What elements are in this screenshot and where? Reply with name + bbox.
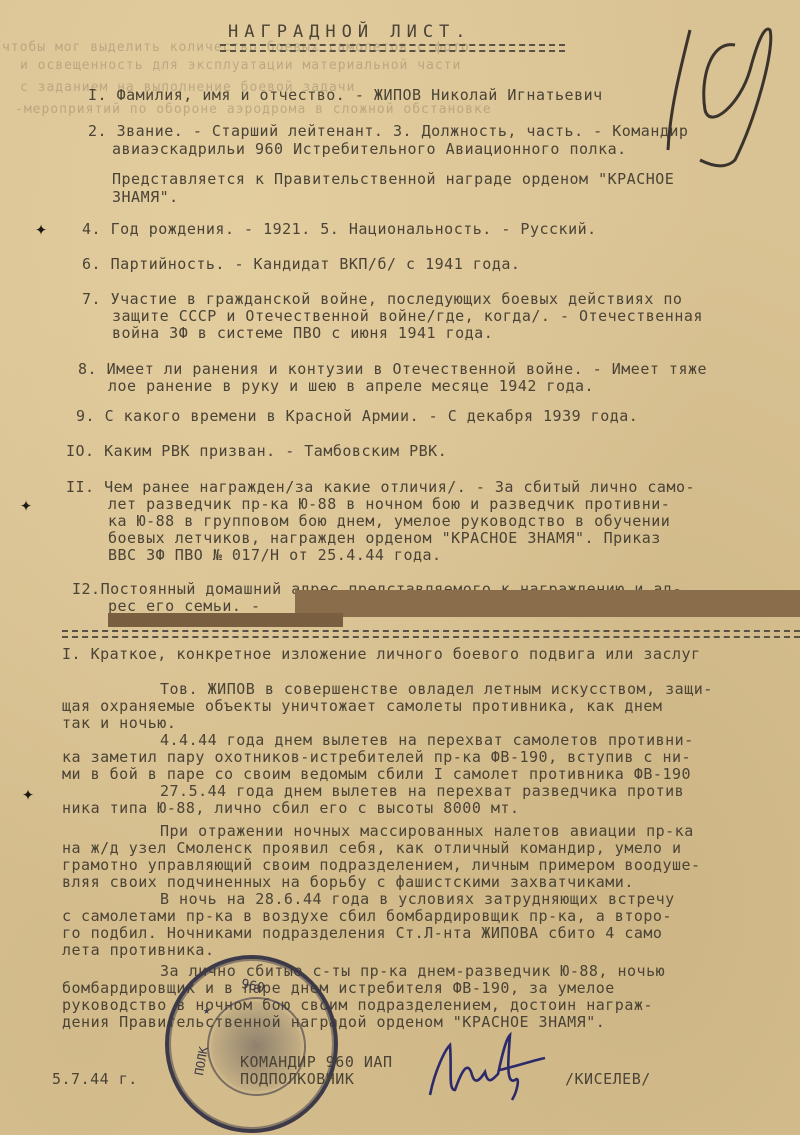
- narrative-line: бомбардировщик и в паре днем истребителя…: [62, 979, 615, 997]
- field-9-service-since: 9. С какого времени в Красной Армии. - С…: [76, 407, 638, 425]
- field-7-cont-1: защите СССР и Отечественной войне/где, к…: [112, 307, 703, 325]
- section-divider: [62, 630, 800, 638]
- field-8-cont: лое ранение в руку и шею в апреле месяце…: [108, 377, 594, 395]
- hole-punch-mark-icon: ✦: [22, 785, 38, 801]
- hole-punch-mark-icon: ✦: [35, 220, 51, 236]
- signatory-rank: ПОДПОЛКОВНИК: [240, 1070, 354, 1088]
- field-11-cont-1: лет разведчик пр-ка Ю-88 в ночном бою и …: [108, 495, 670, 513]
- field-11-cont-2: ка Ю-88 в групповом бою днем, умелое рук…: [108, 512, 670, 530]
- signatory-name: /КИСЕЛЕВ/: [565, 1070, 651, 1088]
- field-11-cont-4: ВВС ЗФ ПВО № 017/Н от 25.4.44 года.: [108, 546, 442, 564]
- award-nomination: Представляется к Правительственной награ…: [112, 170, 674, 188]
- document-page: чтобы мог выделить количество боевых сам…: [0, 0, 800, 1135]
- narrative-line: го подбил. Ночниками подразделения Ст.Л-…: [62, 924, 662, 942]
- redacted-address: [295, 590, 800, 617]
- field-4-birth-year: 4. Год рождения. - 1921. 5. Национальнос…: [82, 220, 597, 238]
- narrative-line: 4.4.44 года днем вылетев на перехват сам…: [160, 731, 694, 749]
- narrative-line: Тов. ЖИПОВ в совершенстве овладел летным…: [160, 680, 713, 698]
- handwritten-signature: [420, 1030, 550, 1110]
- field-11-prior-awards: II. Чем ранее награжден/за какие отличия…: [66, 478, 695, 496]
- signature-date: 5.7.44 г.: [52, 1070, 138, 1088]
- field-7-participation: 7. Участие в гражданской войне, последую…: [82, 290, 682, 308]
- narrative-line: При отражении ночных массированных налет…: [160, 822, 694, 840]
- sheet-number-handwriting: [640, 10, 790, 170]
- field-11-cont-3: боевых летчиков, награжден орденом "КРАС…: [108, 529, 661, 547]
- section-heading: I. Краткое, конкретное изложение личного…: [62, 645, 701, 663]
- field-7-cont-2: война ЗФ в системе ПВО с июня 1941 года.: [112, 324, 493, 342]
- field-2-continuation: авиаэскадрильи 960 Истребительного Авиац…: [112, 140, 627, 158]
- narrative-line: руководство в ночном бою своим подраздел…: [62, 996, 653, 1014]
- signatory-position: КОМАНДИР 960 ИАП: [240, 1053, 393, 1071]
- official-stamp: 960 ПОЛК ★: [165, 955, 338, 1133]
- award-nomination-cont: ЗНАМЯ".: [112, 188, 179, 206]
- narrative-line: на ж/д узел Смоленск проявил себя, как о…: [62, 839, 682, 857]
- stamp-star-icon: ★: [203, 1003, 210, 1017]
- field-10-draft-office: IO. Каким РВК призван. - Тамбовским РВК.: [66, 442, 447, 460]
- narrative-line: ка заметил пару охотников-истребителей п…: [62, 748, 691, 766]
- narrative-line: грамотно управляющий своим подразделение…: [62, 856, 701, 874]
- field-2-rank: 2. Звание. - Старший лейтенант. 3. Должн…: [88, 122, 688, 140]
- narrative-line: щая охраняемые объекты уничтожает самоле…: [62, 697, 662, 715]
- redacted-address-line2: [108, 613, 343, 627]
- narrative-line: лета противника.: [62, 941, 215, 959]
- narrative-line: 27.5.44 года днем вылетев на перехват ра…: [160, 782, 684, 800]
- field-1-name: I. Фамилия, имя и отчество. - ЖИПОВ Нико…: [88, 86, 603, 104]
- narrative-line: с самолетами пр-ка в воздухе сбил бомбар…: [62, 907, 672, 925]
- document-title: НАГРАДНОЙ ЛИСТ.: [228, 22, 472, 42]
- narrative-line: вляя своих подчиненных на борьбу с фашис…: [62, 873, 634, 891]
- narrative-line: так и ночью.: [62, 714, 176, 732]
- field-6-party: 6. Партийность. - Кандидат ВКП/б/ с 1941…: [82, 255, 520, 273]
- stamp-number: 960: [240, 977, 266, 997]
- title-underline: [220, 44, 565, 52]
- hole-punch-mark-icon: ✦: [20, 496, 36, 512]
- narrative-line: ми в бой в паре со своим ведомым сбили I…: [62, 765, 691, 783]
- ghost-text: -мероприятий по обороне аэродрома в слож…: [15, 102, 492, 117]
- narrative-line: В ночь на 28.6.44 года в условиях затруд…: [160, 890, 675, 908]
- ghost-text: и освещенность для эксплуатации материал…: [20, 58, 461, 73]
- field-8-wounds: 8. Имеет ли ранения и контузии в Отечест…: [78, 360, 707, 378]
- stamp-side-text: ПОЛК: [192, 1046, 211, 1077]
- narrative-line: ника типа Ю-88, лично сбил его с высоты …: [62, 799, 519, 817]
